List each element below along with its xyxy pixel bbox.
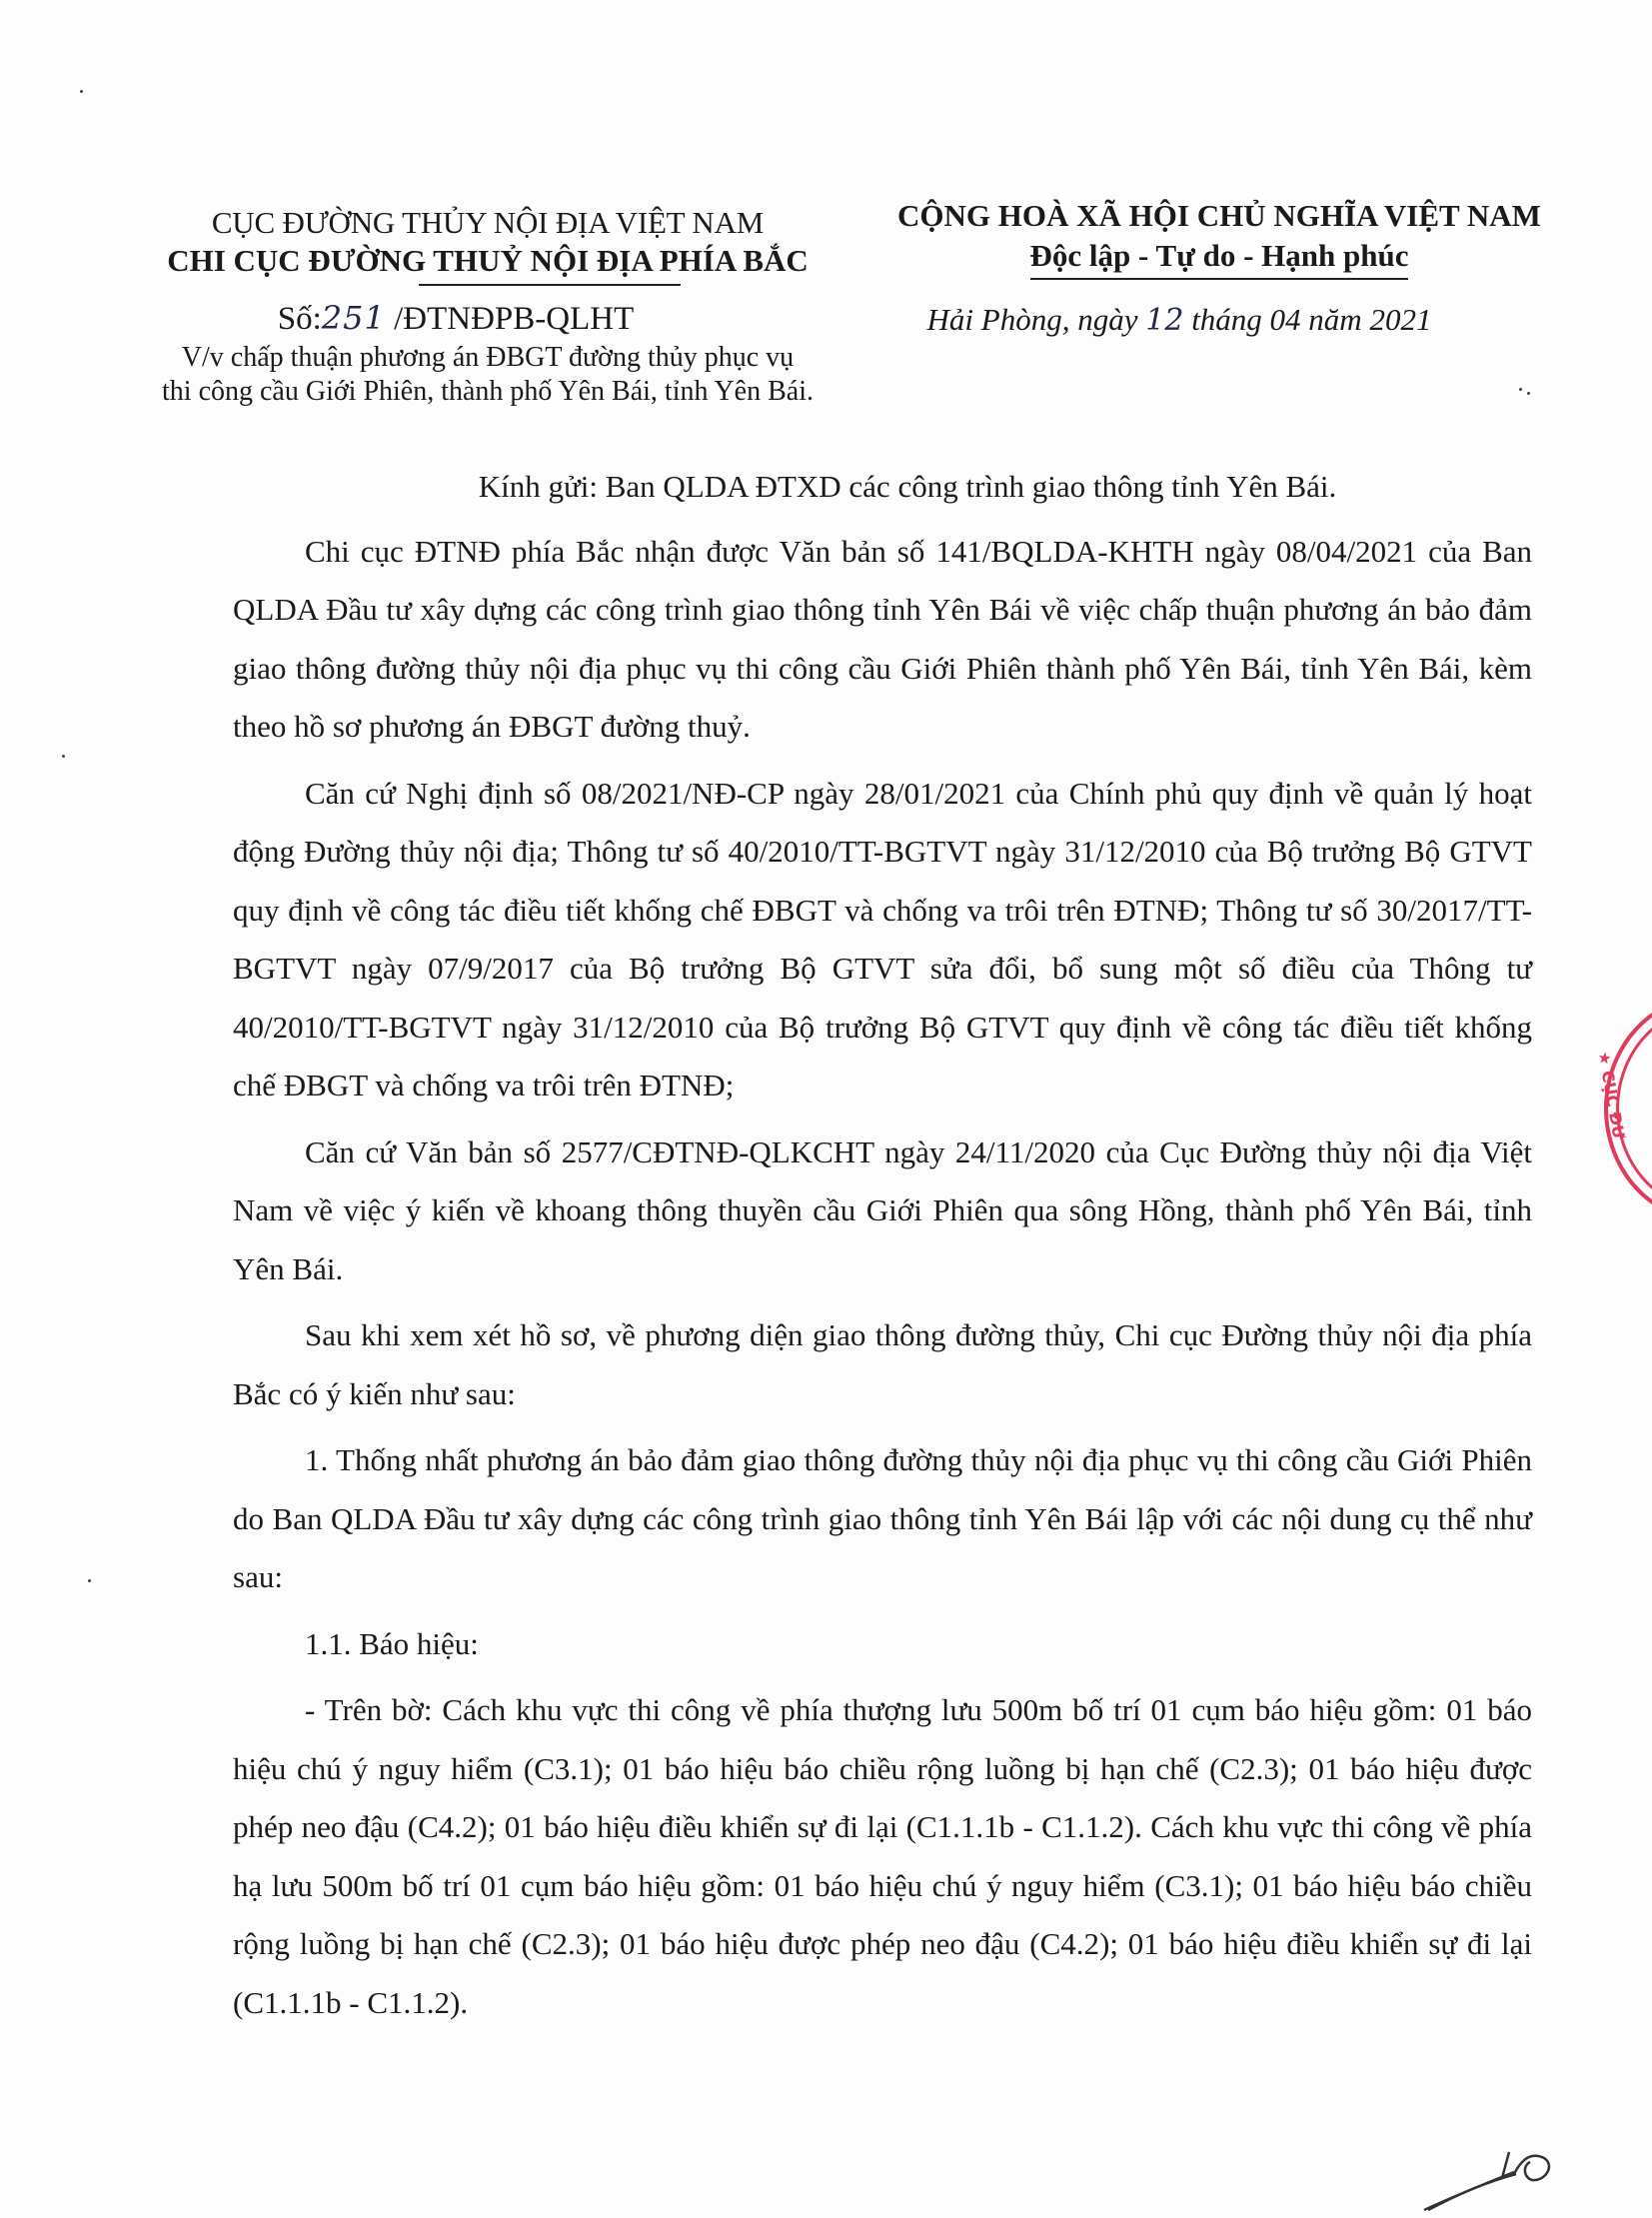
document-number-handwritten: 251 (322, 299, 386, 337)
document-number: Số:251 /ĐTNĐPB-QLHT (96, 296, 816, 341)
national-header-block: CỘNG HOÀ XÃ HỘI CHỦ NGHĨA VIỆT NAM Độc l… (859, 196, 1579, 341)
subject-line-2: thi công cầu Giới Phiên, thành phố Yên B… (128, 375, 847, 409)
place-date: Hải Phòng, ngày 12 tháng 04 năm 2021 (820, 300, 1539, 341)
recipient-line: Kính gửi: Ban QLDA ĐTXD các công trình g… (233, 458, 1532, 517)
document-number-suffix: /ĐTNĐPB-QLHT (394, 301, 634, 337)
scan-speck (62, 755, 65, 758)
paragraph-item-1-1-heading: 1.1. Báo hiệu: (233, 1615, 1532, 1674)
scan-speck (1527, 392, 1530, 395)
scan-speck (1519, 388, 1522, 391)
document-page: CỤC ĐƯỜNG THỦY NỘI ĐỊA VIỆT NAM CHI CỤC … (0, 0, 1652, 2218)
paragraph-legal-basis-2: Căn cứ Văn bản số 2577/CĐTNĐ-QLKCHT ngày… (233, 1123, 1532, 1299)
date-prefix: Hải Phòng, ngày (927, 302, 1138, 337)
agency-underline (419, 284, 681, 286)
date-day-handwritten: 12 (1145, 303, 1183, 338)
issuing-agency-block: CỤC ĐƯỜNG THỦY NỘI ĐỊA VIỆT NAM CHI CỤC … (128, 204, 847, 409)
subject-line-1: V/v chấp thuận phương án ĐBGT đường thủy… (128, 341, 847, 375)
date-suffix: tháng 04 năm 2021 (1191, 302, 1431, 337)
document-number-prefix: Số: (278, 301, 322, 337)
letter-body: Kính gửi: Ban QLDA ĐTXD các công trình g… (233, 440, 1532, 2040)
paragraph-legal-basis-1: Căn cứ Nghị định số 08/2021/NĐ-CP ngày 2… (233, 765, 1532, 1115)
paragraph-receipt: Chi cục ĐTNĐ phía Bắc nhận được Văn bản … (233, 523, 1532, 757)
parent-agency: CỤC ĐƯỜNG THỦY NỘI ĐỊA VIỆT NAM (128, 204, 847, 242)
scan-speck (88, 1579, 91, 1582)
paragraph-signage-onshore: - Trên bờ: Cách khu vực thi công về phía… (233, 1681, 1532, 2032)
national-title: CỘNG HOÀ XÃ HỘI CHỦ NGHĨA VIỆT NAM (859, 196, 1579, 236)
issuing-agency: CHI CỤC ĐƯỜNG THUỶ NỘI ĐỊA PHÍA BẮC (128, 242, 847, 280)
initial-signature (1414, 2144, 1594, 2214)
paragraph-item-1: 1. Thống nhất phương án bảo đảm giao thô… (233, 1431, 1532, 1607)
paragraph-opinion-intro: Sau khi xem xét hồ sơ, về phương diện gi… (233, 1306, 1532, 1423)
scan-speck (80, 90, 83, 93)
national-motto: Độc lập - Tự do - Hạnh phúc (1030, 236, 1409, 280)
